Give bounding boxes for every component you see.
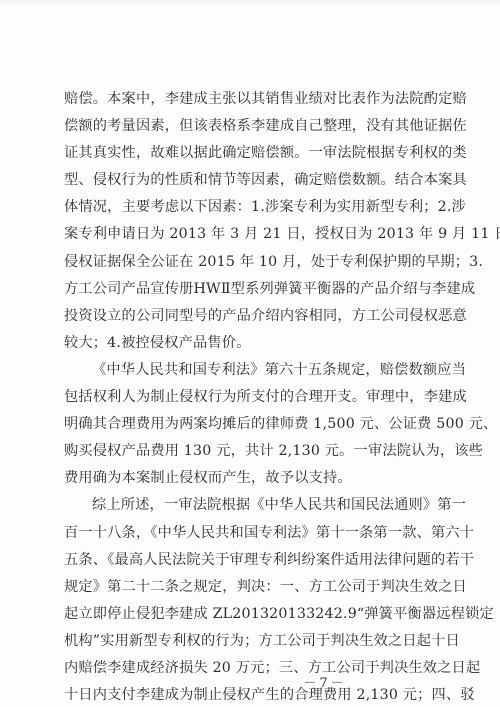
text-line: 证其真实性，故难以据此确定赔偿额。一审法院根据专利权的类 [64,140,442,167]
page-number: －7－ [0,672,500,691]
text-line: 综上所述，一审法院根据《中华人民共和国民法通则》第一 [64,492,442,519]
text-line: 起立即停止侵犯李建成 ZL201320133242.9“弹簧平衡器远程锁定 [64,601,442,628]
text-line: 购买侵权产品费用 130 元，共计 2,130 元。一审法院认为，该些 [64,438,442,465]
text-line: 规定》第二十二条之规定，判决：一、方工公司于判决生效之日 [64,574,442,601]
document-body: 赔偿。本案中，李建成主张以其销售业绩对比表作为法院酌定赔 偿额的考量因素，但该表… [64,86,442,707]
text-line: 偿额的考量因素，但该表格系李建成自己整理，没有其他证据佐 [64,113,442,140]
text-line: 费用确为本案制止侵权而产生，故予以支持。 [64,465,442,492]
text-line: 较大；4.被控侵权产品售价。 [64,330,442,357]
text-line: 包括权利人为制止侵权行为所支付的合理开支。审理中，李建成 [64,384,442,411]
text-line: 明确其合理费用为两案均摊后的律师费 1,500 元、公证费 500 元、 [64,411,442,438]
text-line: 方工公司产品宣传册HWⅡ型系列弹簧平衡器的产品介绍与李建成 [64,276,442,303]
text-line: 案专利申请日为 2013 年 3 月 21 日，授权日为 2013 年 9 月 … [64,221,442,248]
text-line: 机构”实用新型专利权的行为；方工公司于判决生效之日起十日 [64,628,442,655]
text-line: 侵权证据保全公证在 2015 年 10 月，处于专利保护期的早期；3. [64,249,442,276]
text-line: 投资设立的公司同型号的产品介绍内容相同，方工公司侵权恶意 [64,303,442,330]
text-line: 体情况，主要考虑以下因素：1.涉案专利为实用新型专利；2.涉 [64,194,442,221]
text-line: 《中华人民共和国专利法》第六十五条规定，赔偿数额应当 [64,357,442,384]
text-line: 型、侵权行为的性质和情节等因素，确定赔偿数额。结合本案具 [64,167,442,194]
text-line: 五条、《最高人民法院关于审理专利纠纷案件适用法律问题的若干 [64,547,442,574]
text-line: 赔偿。本案中，李建成主张以其销售业绩对比表作为法院酌定赔 [64,86,442,113]
text-line: 百一十八条，《中华人民共和国专利法》第十一条第一款、第六十 [64,520,442,547]
document-page: 赔偿。本案中，李建成主张以其销售业绩对比表作为法院酌定赔 偿额的考量因素，但该表… [0,0,500,707]
